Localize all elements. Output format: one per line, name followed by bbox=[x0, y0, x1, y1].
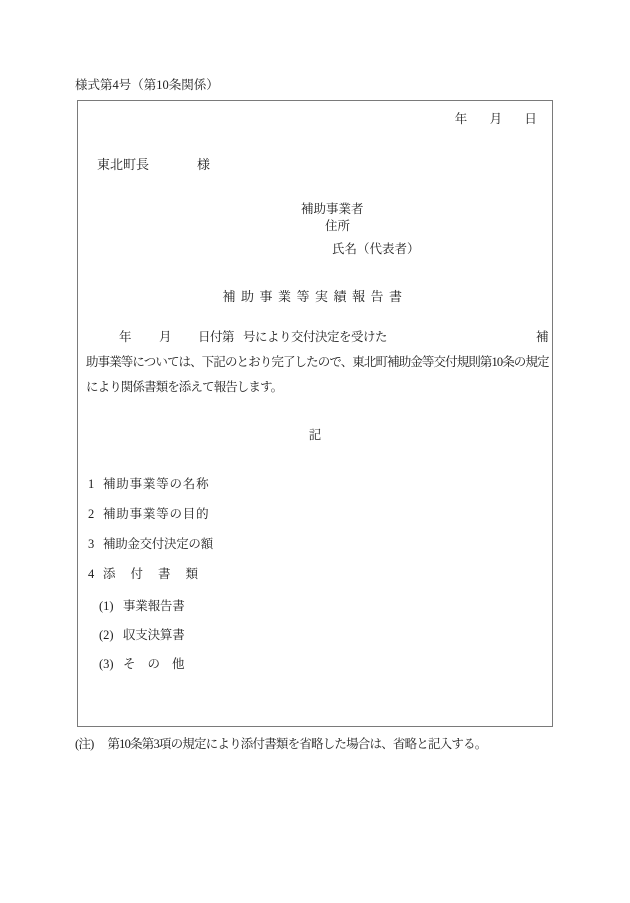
body-date-no-label: 日付第 bbox=[198, 331, 234, 344]
addressee-name: 東北町長 bbox=[97, 157, 149, 172]
subitem-number: (3) bbox=[99, 658, 123, 671]
list-item-text: 補助事業等の目的 bbox=[103, 507, 209, 521]
body-line-2: 助事業等については、下記のとおり完了したので、東北町補助金等交付規則第10条の規… bbox=[86, 356, 549, 369]
addressee-line: 東北町長様 bbox=[97, 158, 210, 171]
document-page: 様式第4号（第10条関係） 年 月 日 東北町長様 補助事業者 住所 氏名（代表… bbox=[0, 0, 630, 903]
footnote: (注)第10条第3項の規定により添付書類を省略した場合は、省略と記入する。 bbox=[75, 738, 487, 751]
subitem-balance-statement: (2)収支決算書 bbox=[99, 629, 185, 642]
applicant-address-label: 住所 bbox=[325, 220, 350, 233]
subitem-text: 事業報告書 bbox=[123, 599, 185, 613]
applicant-party-label: 補助事業者 bbox=[301, 203, 364, 216]
applicant-name-label: 氏名（代表者） bbox=[332, 243, 420, 256]
date-line: 年 月 日 bbox=[455, 113, 536, 126]
form-number-label: 様式第4号（第10条関係） bbox=[75, 79, 219, 92]
list-item-project-name: 1補助事業等の名称 bbox=[88, 478, 209, 491]
list-item-grant-amount: 3補助金交付決定の額 bbox=[88, 538, 213, 551]
subitem-number: (2) bbox=[99, 629, 123, 642]
list-item-number: 1 bbox=[88, 478, 103, 491]
list-item-text: 添付書類 bbox=[103, 567, 213, 581]
footnote-label: (注) bbox=[75, 737, 93, 751]
subitem-text: その他 bbox=[123, 657, 197, 671]
subitem-text: 収支決算書 bbox=[123, 628, 185, 642]
body-line1-tail: 補 bbox=[536, 331, 548, 344]
honorific-label: 様 bbox=[197, 157, 210, 172]
list-item-attachments: 4添付書類 bbox=[88, 568, 213, 581]
subitem-other: (3)その他 bbox=[99, 658, 197, 671]
list-item-text: 補助事業等の名称 bbox=[103, 477, 209, 491]
list-item-project-purpose: 2補助事業等の目的 bbox=[88, 508, 209, 521]
subitem-number: (1) bbox=[99, 600, 123, 613]
body-line-3: により関係書類を添えて報告します。 bbox=[86, 381, 282, 394]
body-line-1: 年 月 日付第 号により交付決定を受けた 補 bbox=[78, 331, 552, 345]
body-month-label: 月 bbox=[159, 331, 171, 344]
list-item-text: 補助金交付決定の額 bbox=[103, 537, 213, 551]
list-item-number: 2 bbox=[88, 508, 103, 521]
footnote-text: 第10条第3項の規定により添付書類を省略した場合は、省略と記入する。 bbox=[107, 737, 486, 751]
list-item-number: 3 bbox=[88, 538, 103, 551]
body-year-label: 年 bbox=[119, 331, 131, 344]
list-item-number: 4 bbox=[88, 568, 103, 581]
document-border-box: 年 月 日 東北町長様 補助事業者 住所 氏名（代表者） 補助事業等実績報告書 … bbox=[77, 100, 553, 727]
subitem-business-report: (1)事業報告書 bbox=[99, 600, 185, 613]
body-decision-text: 号により交付決定を受けた bbox=[243, 331, 387, 344]
document-title: 補助事業等実績報告書 bbox=[78, 290, 552, 303]
middle-marker: 記 bbox=[78, 429, 552, 442]
